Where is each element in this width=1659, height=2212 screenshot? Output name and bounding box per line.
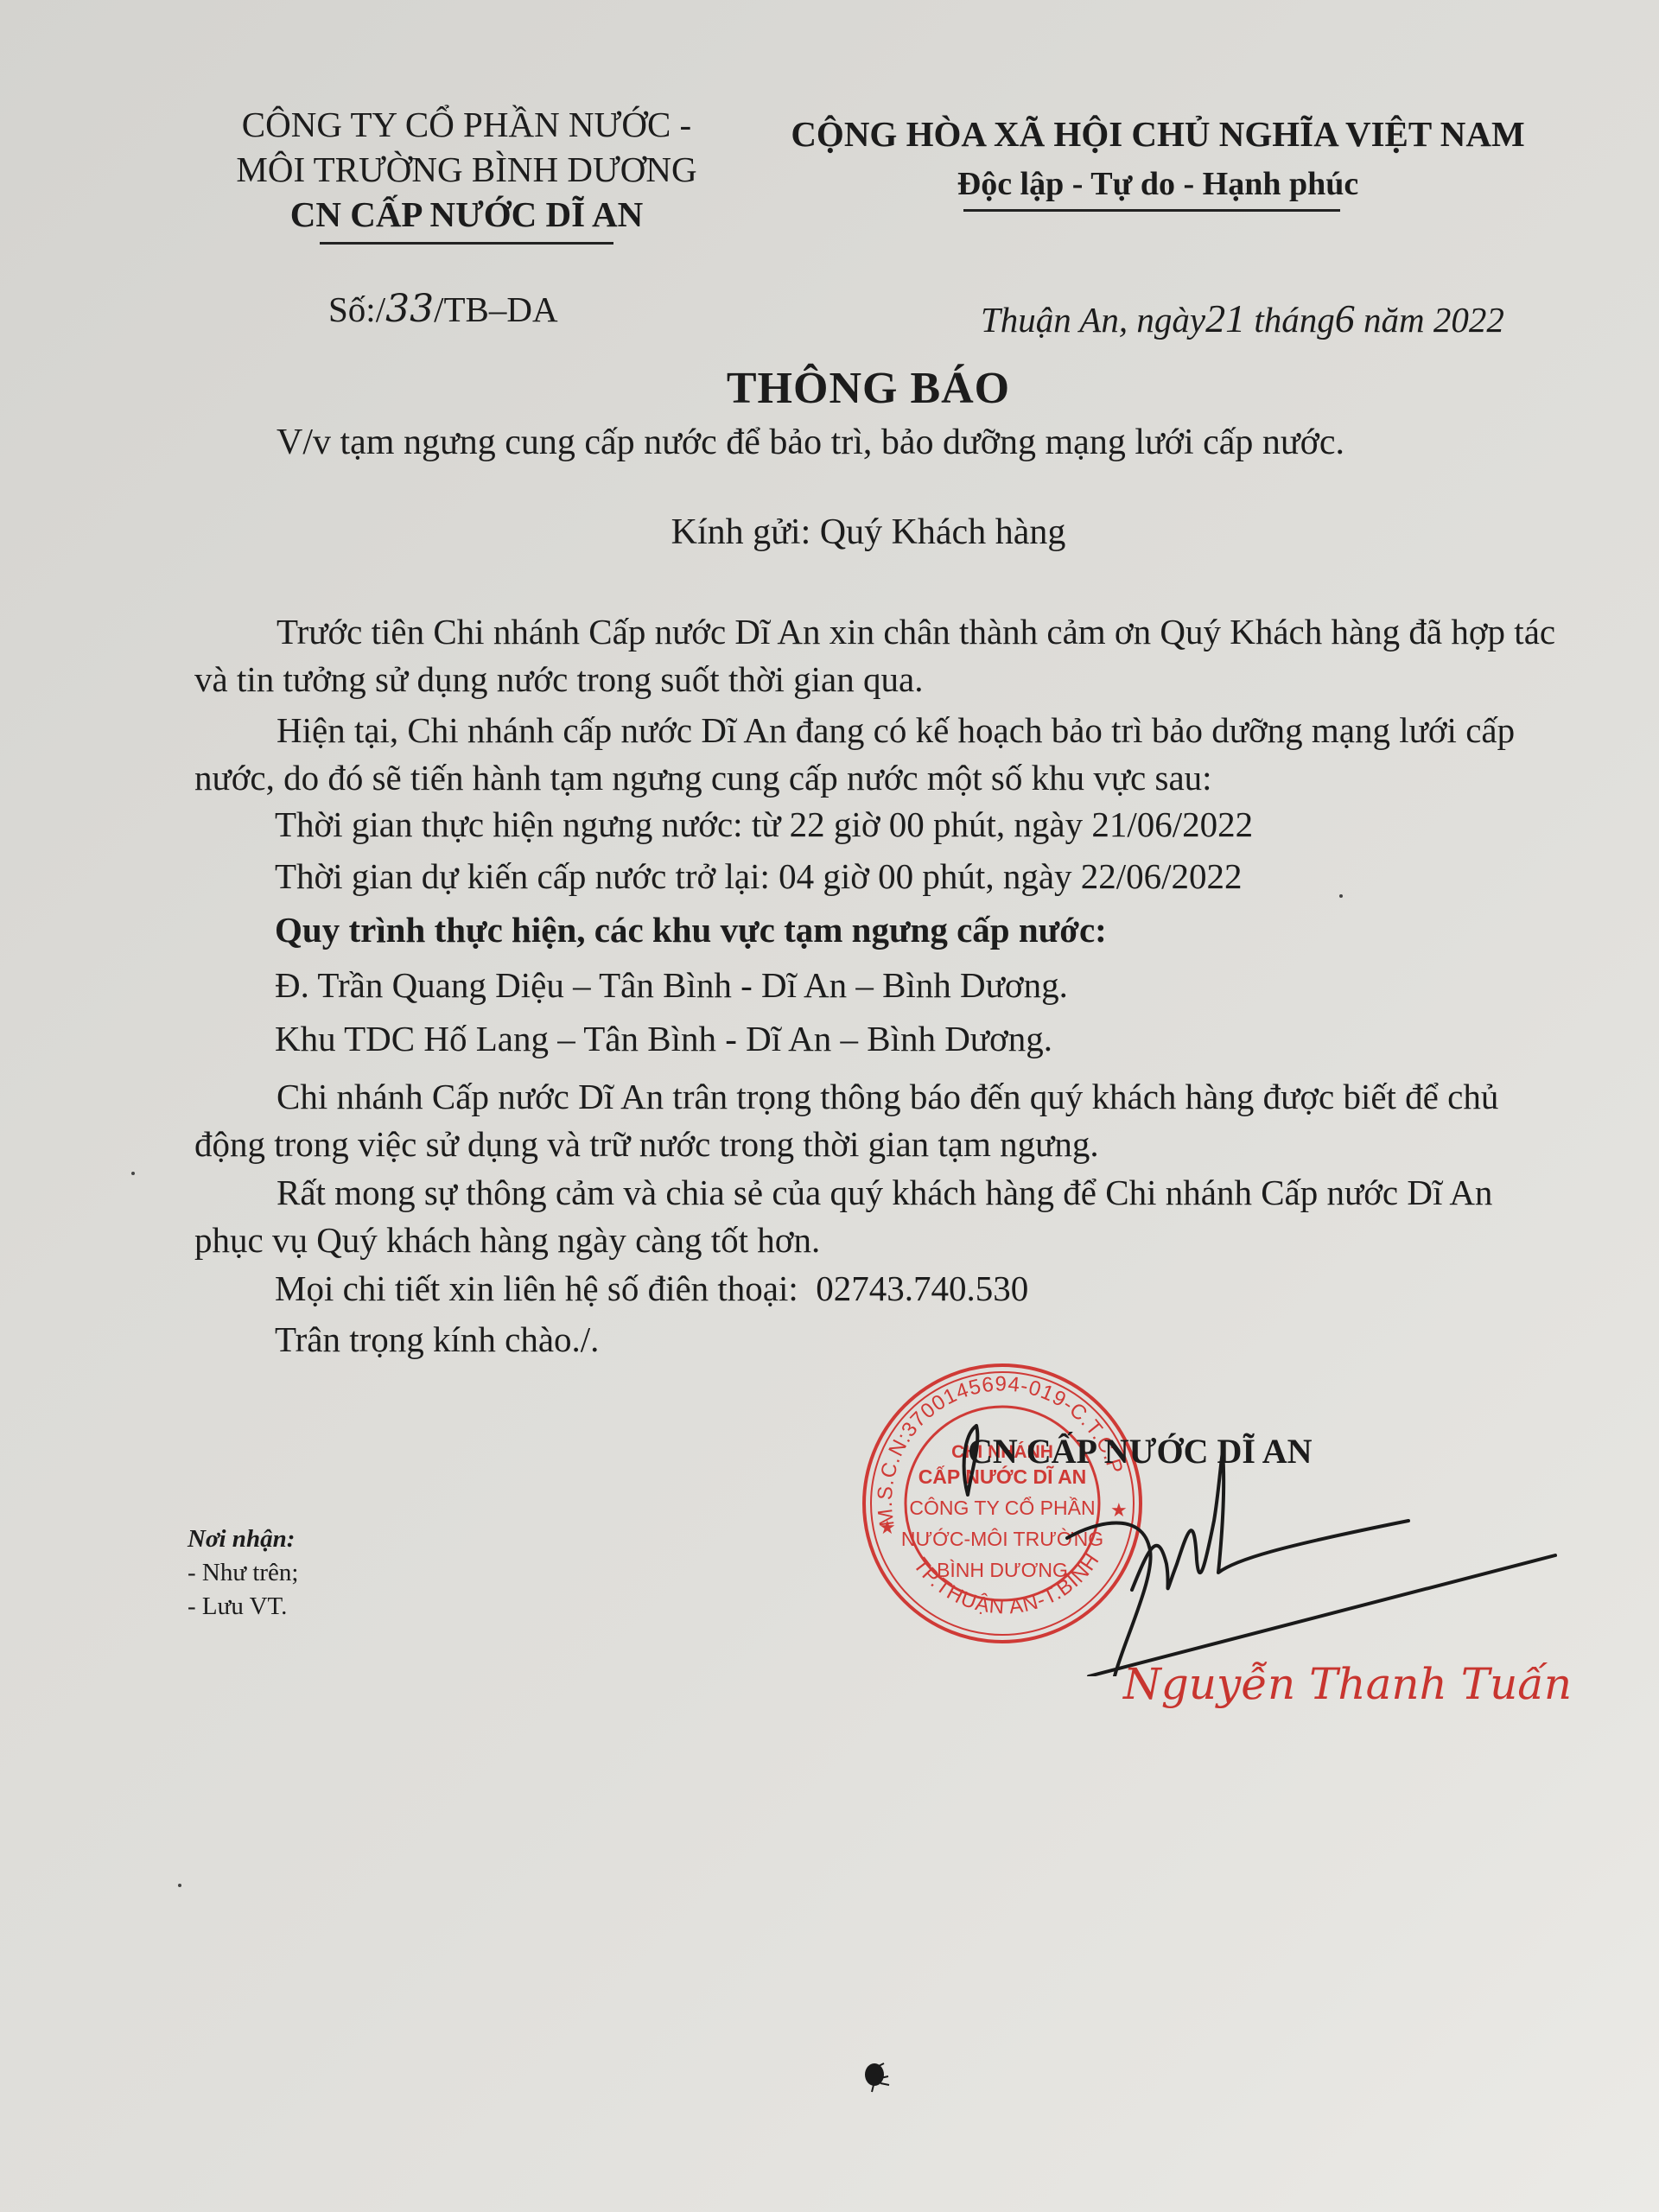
areas-heading: Quy trình thực hiện, các khu vực tạm ngư… (275, 909, 1107, 950)
signer-name: Nguyễn Thanh Tuấn (1123, 1659, 1572, 1709)
doc-number-prefix: Số:/ (328, 289, 385, 329)
document-date: Thuận An, ngày21 tháng6 năm 2022 (981, 296, 1504, 341)
motto-underline (963, 209, 1340, 212)
doc-number-suffix: /TB–DA (434, 289, 558, 329)
date-day-handwritten: 21 (1205, 296, 1245, 340)
handwritten-signature (950, 1417, 1573, 1676)
paragraph-notice: Chi nhánh Cấp nước Dĩ An trân trọng thôn… (194, 1073, 1560, 1168)
area-item: Khu TDC Hố Lang – Tân Bình - Dĩ An – Bìn… (275, 1018, 1052, 1059)
national-motto: Độc lập - Tự do - Hạnh phúc (760, 159, 1555, 209)
closing: Trân trọng kính chào./. (275, 1319, 599, 1360)
contact-label: Mọi chi tiết xin liên hệ số điên thoại: (275, 1268, 798, 1308)
resume-time: Thời gian dự kiến cấp nước trở lại: 04 g… (275, 855, 1243, 897)
area-item: Đ. Trần Quang Diệu – Tân Bình - Dĩ An – … (275, 964, 1068, 1006)
stop-time: Thời gian thực hiện ngưng nước: từ 22 gi… (275, 804, 1253, 845)
doc-number-handwritten: 33 (385, 287, 434, 331)
paragraph-thanks: Trước tiên Chi nhánh Cấp nước Dĩ An xin … (194, 608, 1560, 703)
contact-line: Mọi chi tiết xin liên hệ số điên thoại: … (275, 1268, 1028, 1309)
recipients-heading: Nơi nhận: (188, 1522, 298, 1556)
issuer-branch: CN CẤP NƯỚC DĨ AN (199, 192, 734, 237)
issuer-company-line1: CÔNG TY CỔ PHẦN NƯỚC - (199, 102, 734, 147)
paper-speck (1339, 894, 1343, 898)
paper-speck (178, 1884, 181, 1887)
contact-phone: 02743.740.530 (816, 1268, 1028, 1308)
national-heading-block: CỘNG HÒA XÃ HỘI CHỦ NGHĨA VIỆT NAM Độc l… (760, 109, 1555, 209)
stamp-star-icon: ★ (879, 1516, 896, 1538)
recipients-block: Nơi nhận: - Như trên; - Lưu VT. (188, 1522, 298, 1624)
recipient-item: - Lưu VT. (188, 1590, 298, 1624)
paragraph-apology: Rất mong sự thông cảm và chia sẻ của quý… (194, 1169, 1560, 1264)
issuer-underline (320, 242, 613, 245)
issuer-company-line2: MÔI TRƯỜNG BÌNH DƯƠNG (199, 147, 734, 192)
issuer-block: CÔNG TY CỔ PHẦN NƯỚC - MÔI TRƯỜNG BÌNH D… (199, 102, 734, 237)
paper-speck (131, 1172, 135, 1175)
date-month-label: tháng (1254, 300, 1334, 340)
recipient-item: - Như trên; (188, 1556, 298, 1590)
date-year: năm 2022 (1363, 300, 1504, 340)
date-place: Thuận An, ngày (981, 300, 1205, 340)
document-number: Số:/33/TB–DA (328, 287, 558, 331)
date-month-handwritten: 6 (1335, 296, 1355, 340)
paragraph-plan: Hiện tại, Chi nhánh cấp nước Dĩ An đang … (194, 707, 1560, 802)
document-title: THÔNG BÁO (0, 363, 1659, 414)
national-title: CỘNG HÒA XÃ HỘI CHỦ NGHĨA VIỆT NAM (760, 109, 1555, 159)
greeting: Kính gửi: Quý Khách hàng (0, 512, 1659, 553)
bug-icon (860, 2059, 893, 2094)
document-subject: V/v tạm ngưng cung cấp nước để bảo trì, … (276, 422, 1344, 463)
